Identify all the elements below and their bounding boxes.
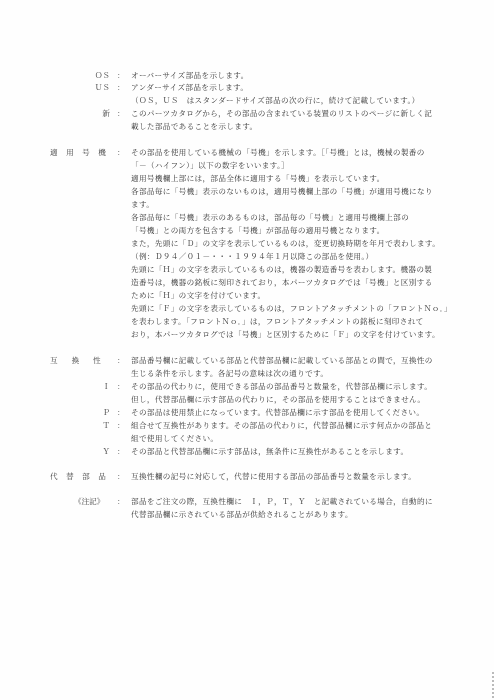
os-line-1: オーバーサイズ部品を示します。 (131, 71, 249, 81)
code-t: Ｔ (96, 421, 110, 431)
label-os: ＯＳ (84, 71, 110, 81)
colon: ： (117, 382, 125, 392)
interchange-line-1: 部品番号欄に記載している部品と代替部品欄に記載している部品との間で，互換性の (131, 356, 433, 366)
applicable-line-2: 「－（ハイフン）」以下の数字をいいます。］ (131, 161, 289, 171)
us-line-2: （ＯＳ，ＵＳ はスタンダードサイズ部品の次の行に，続けて記載しています。） (131, 96, 420, 106)
applicable-line-11: 造番号は，機器の銘板に刻印されており，本パーツカタログでは「号機」と区別する (131, 278, 433, 288)
applicable-line-10: 先頭に「Ｈ」の文字を表示しているものは，機器の製造番号を表わします。機器の製 (131, 265, 432, 275)
colon: ： (117, 472, 125, 482)
label-substitute-parts: 代替部品 (50, 472, 114, 482)
label-note: 《注記》 (74, 497, 104, 507)
code-t-line-2: 組で使用してください。 (131, 434, 218, 444)
colon: ： (117, 148, 125, 158)
applicable-line-5: ます。 (131, 200, 154, 210)
substitute-line-1: 互換性欄の記号に対応して，代替に使用する部品の部品番号と数量を示します。 (131, 472, 416, 482)
code-i: Ｉ (96, 382, 110, 392)
label-new: 新 (84, 109, 110, 119)
document-page: ＯＳ ： オーバーサイズ部品を示します。 ＵＳ ： アンダーサイズ部品を示します… (0, 0, 494, 700)
applicable-line-9: （例：Ｄ９４／０１－・・・１９９４年１月以降この部品を使用。） (131, 252, 373, 262)
code-y: Ｙ (96, 447, 110, 457)
colon: ： (117, 71, 125, 81)
code-i-line-2: 但し，代替部品欄に示す部品の代わりに，その部品を使用することはできません。 (131, 395, 425, 405)
applicable-line-3: 適用号機欄上部には，部品全体に適用する「号機」を表示しています。 (131, 174, 385, 184)
colon: ： (117, 356, 125, 366)
note-line-1: 部品をご注文の際，互換性欄に Ｉ，Ｐ，Ｔ，Ｙ と記載されている場合，自動的に (131, 497, 433, 507)
applicable-line-15: おり，本パーツカタログでは「号機」と区別するために「Ｆ」の文字を付けています。 (131, 330, 440, 340)
new-line-2: 載した部品であることを示します。 (131, 122, 258, 132)
applicable-line-12: ために「Ｈ」の文字を付けています。 (131, 291, 265, 301)
applicable-line-8: また，先頭に「Ｄ」の文字を表示しているものは，変更切換時期を年月で表わします。 (131, 239, 440, 249)
code-p: Ｐ (96, 408, 110, 418)
interchange-line-2: 生じる条件を示します。各記号の意味は次の通りです。 (131, 369, 328, 379)
new-line-1: このパーツカタログから，その部品の含まれている装置のリストのページに新しく記 (131, 109, 432, 119)
colon: ： (117, 497, 125, 507)
note-line-2: 代替部品欄に示されている部品が供給されることがあります。 (131, 510, 353, 520)
applicable-line-7: 「号機」との両方を包含する「号機」が部品毎の適用号機となります。 (131, 226, 385, 236)
colon: ： (117, 109, 125, 119)
colon: ： (117, 83, 125, 93)
code-p-line-1: その部品は使用禁止になっています。代替部品欄に示す部品を使用してください。 (131, 408, 424, 418)
colon: ： (117, 421, 125, 431)
applicable-line-14: を表わします。「フロントＮｏ．」は，フロントアタッチメントの銘板に刻印されて (131, 317, 424, 327)
label-interchangeability: 互換性 (50, 356, 115, 366)
applicable-line-6: 各部品毎に「号機」表示のあるものは，部品毎の「号機」と適用号機欄上部の (131, 213, 409, 223)
code-i-line-1: その部品の代わりに，使用できる部品の部品番号と数量を，代替部品欄に示します。 (131, 382, 432, 392)
code-y-line-1: その部品と代替部品欄に示す部品は，無条件に互換性があることを示します。 (131, 447, 408, 457)
us-line-1: アンダーサイズ部品を示します。 (131, 83, 248, 93)
applicable-line-13: 先頭に「Ｆ」の文字を表示しているものは，フロントアタッチメントの「フロントＮｏ．… (131, 304, 452, 314)
applicable-line-4: 各部品毎に「号機」表示のないものは，適用号機欄上部の「号機」が適用号機になり (131, 187, 433, 197)
label-applicable-model: 適用号機 (50, 148, 114, 158)
colon: ： (117, 408, 125, 418)
label-us: ＵＳ (84, 83, 110, 93)
applicable-line-1: その部品を使用している機械の「号機」を示します。［「号機」とは，機械の製番の (131, 148, 425, 158)
code-t-line-1: 組合せて互換性があります。その部品の代わりに，代替部品欄に示す何点かの部品と (131, 421, 432, 431)
colon: ： (117, 447, 125, 457)
